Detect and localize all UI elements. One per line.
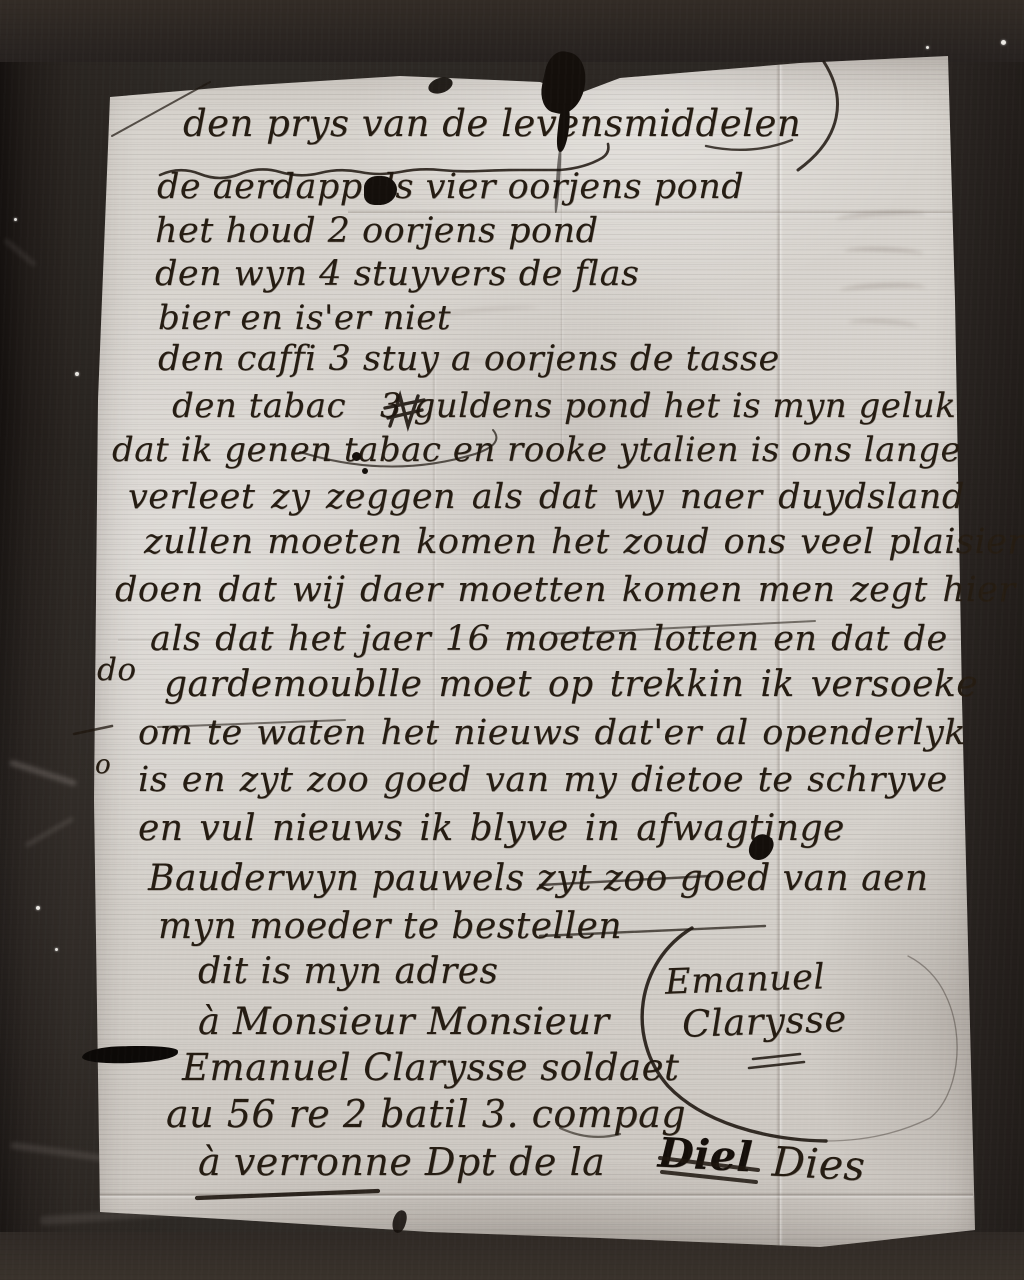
dust-speck: [1001, 40, 1006, 45]
letter-line: het houd 2 oorjens pond: [155, 211, 599, 251]
dust-speck: [75, 372, 79, 376]
crease-horizontal: [98, 1192, 973, 1199]
letter-line: dit is myn adres: [198, 951, 499, 992]
letter-line: om te waten het nieuws dat'er al opender…: [138, 713, 966, 753]
dust-speck: [36, 906, 40, 910]
letter-line: gardemoublle moet op trekkin ik versoeke: [164, 664, 978, 705]
mount-scratch: [9, 759, 77, 786]
letter-line: zullen moeten komen het zoud ons veel pl…: [144, 522, 1024, 562]
dust-speck: [55, 948, 58, 951]
letter-line: à Monsieur Monsieur: [198, 1000, 610, 1043]
ghost-text-mark: [848, 318, 918, 332]
letter-line: dat ik genen tabac en rooke ytalien is o…: [112, 430, 961, 470]
margin-mark: do: [97, 652, 137, 688]
letter-line: den tabac 3 guldens pond het is myn gelu…: [172, 386, 956, 426]
ghost-text-mark: [844, 247, 924, 260]
letter-line: doen dat wij daer moetten komen men zegt…: [115, 570, 1016, 610]
letter-line: als dat het jaer 16 moeten lotten en dat…: [150, 619, 948, 659]
letter-line: à verronne Dpt de la: [198, 1140, 605, 1184]
letter-line: de aerdappels vier oorjens pond: [157, 167, 744, 207]
margin-mark: o: [95, 750, 111, 780]
letter-line: bier en is'er niet: [158, 298, 451, 338]
letter-line: Bauderwyn pauwels zyt zoo goed van aen: [148, 858, 929, 899]
letter-line: Emanuel Clarysse soldaet: [182, 1046, 679, 1089]
letter-line: den wyn 4 stuyvers de flas: [155, 254, 639, 294]
letter-line: en vul nieuws ik blyve in afwagtinge: [138, 808, 845, 849]
letter-line: den prys van de levensmiddelen: [183, 102, 801, 145]
ghost-text-mark: [840, 283, 926, 297]
dust-speck: [14, 218, 17, 221]
mount-scratch: [25, 817, 75, 848]
letter-line: is en zyt zoo goed van my dietoe te schr…: [138, 760, 948, 800]
letter-line: verleet zy zeggen als dat wy naer duydsl…: [128, 477, 965, 517]
signature-line: Clarysse: [681, 997, 847, 1046]
ghost-text-mark: [836, 210, 926, 226]
letter-line: den caffi 3 stuy a oorjens de tasse: [158, 339, 780, 379]
mount-scratch: [3, 238, 37, 268]
letter-line: myn moeder te bestellen: [158, 906, 622, 947]
ink-dot: [362, 468, 368, 474]
ink-dot: [352, 452, 361, 461]
letter-line: Dies: [771, 1138, 867, 1191]
struck-word: Diel: [657, 1129, 754, 1182]
letter-line: au 56 re 2 batil 3. compag: [166, 1092, 686, 1136]
dust-speck: [926, 46, 929, 49]
signature-line: Emanuel: [664, 957, 825, 1003]
mount-top-band: [0, 0, 1024, 62]
photo-background: den prys van de levensmiddelen de aerdap…: [0, 0, 1024, 1280]
